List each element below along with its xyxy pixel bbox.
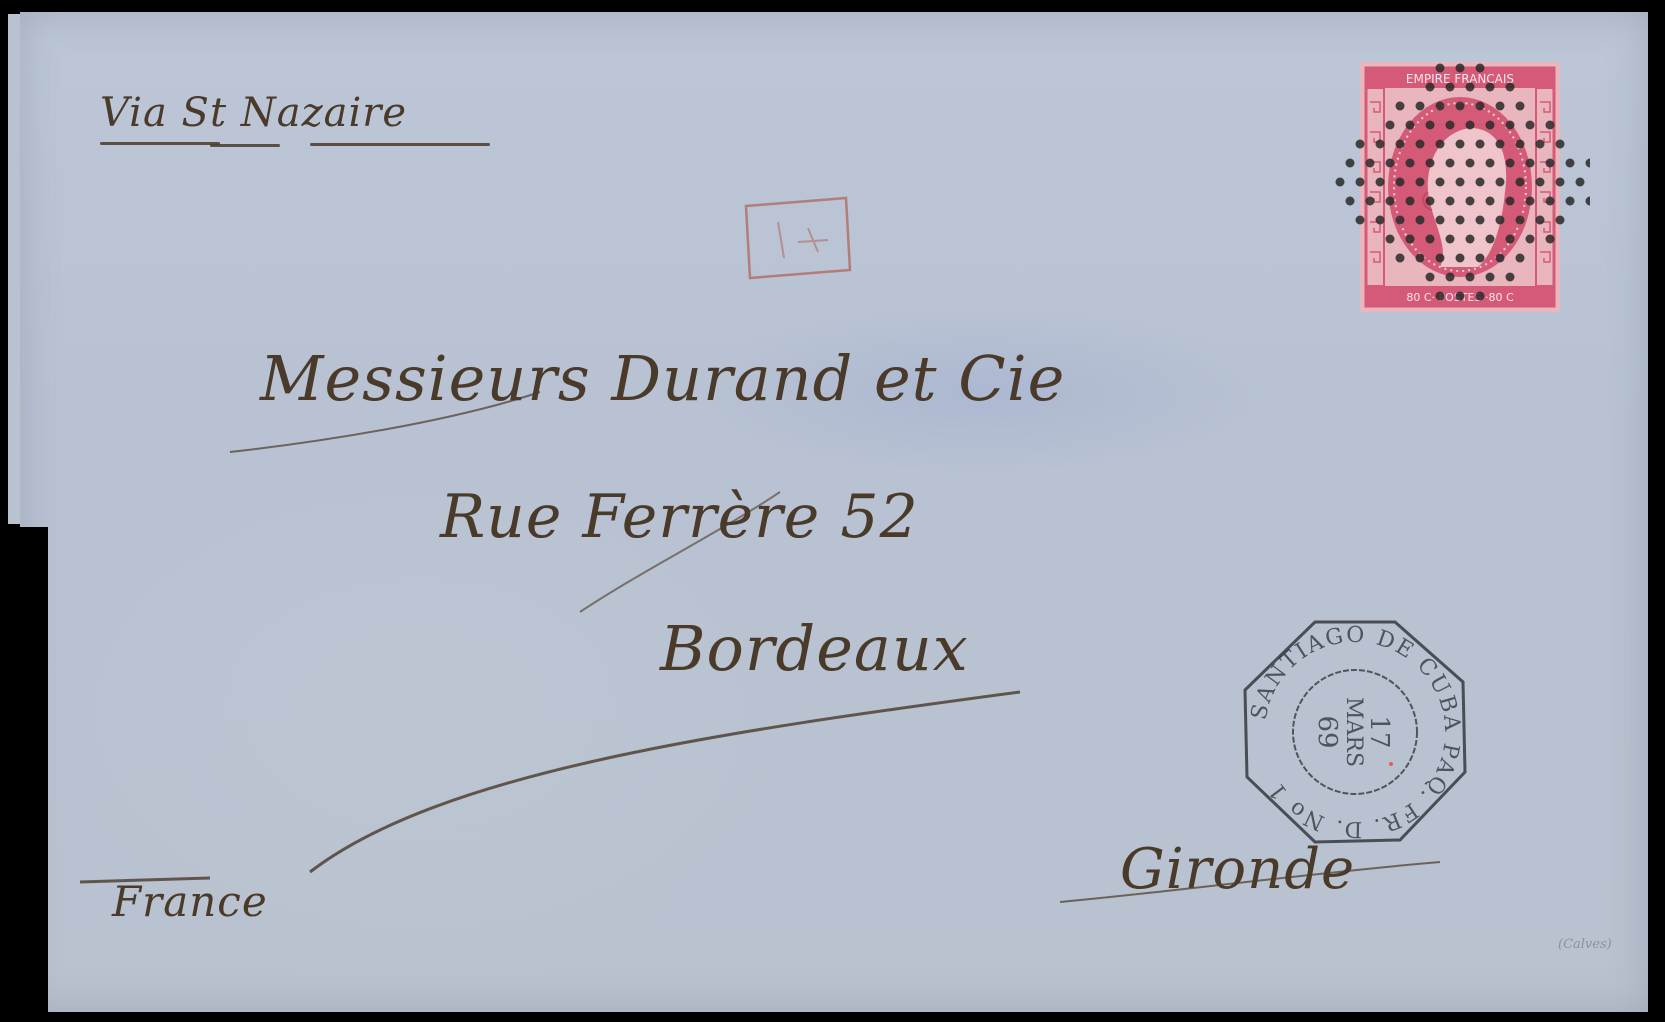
postal-cover: Via St Nazaire Messieurs Durand et Cie R… <box>20 12 1648 1012</box>
postmark-year: 69 <box>1312 715 1342 748</box>
expert-mark: (Calves) <box>1558 937 1612 952</box>
postmark-day: 17 <box>1364 715 1394 748</box>
postage-stamp: EMPIRE FRANCAIS 80 C· POSTES ·80 C <box>1360 62 1560 312</box>
postmark-month: MARS <box>1341 697 1366 767</box>
red-boxed-mark <box>738 192 858 282</box>
stamp-bottom-legend: 80 C· POSTES ·80 C <box>1406 291 1514 304</box>
stamp-top-legend: EMPIRE FRANCAIS <box>1406 72 1514 86</box>
octagonal-postmark: SANTIAGO DE CUBA PAQ. FR. D. No 1 17 MAR… <box>1235 612 1475 852</box>
